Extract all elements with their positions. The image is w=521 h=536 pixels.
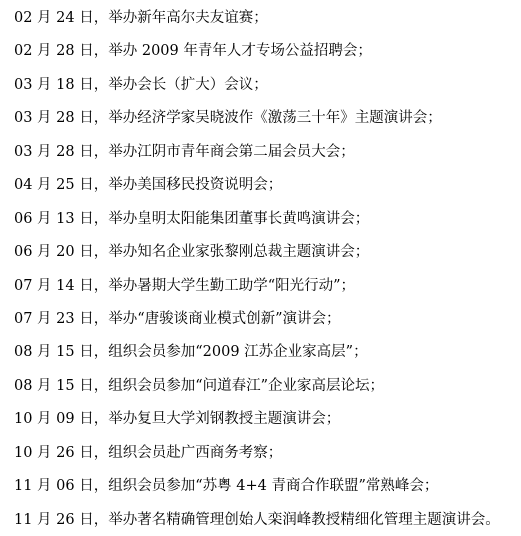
event-line-2: 02 月 28 日，举办 2009 年青年人才专场公益招聘会；: [14, 42, 515, 75]
event-line-9: 07 月 14 日，举办暑期大学生勤工助学“阳光行动”；: [14, 277, 515, 310]
event-line-8: 06 月 20 日，举办知名企业家张黎刚总裁主题演讲会；: [14, 243, 515, 276]
event-line-11: 08 月 15 日，组织会员参加“2009 江苏企业家高层”；: [14, 343, 515, 376]
event-line-15: 11 月 06 日，组织会员参加“苏粤 4+4 青商合作联盟”常熟峰会；: [14, 477, 515, 510]
event-line-10: 07 月 23 日，举办“唐骏谈商业模式创新”演讲会；: [14, 310, 515, 343]
event-line-16: 11 月 26 日，举办著名精确管理创始人栾润峰教授精细化管理主题演讲会。: [14, 511, 515, 536]
event-line-13: 10 月 09 日，举办复旦大学刘钢教授主题演讲会；: [14, 410, 515, 443]
event-line-6: 04 月 25 日，举办美国移民投资说明会；: [14, 176, 515, 209]
event-line-4: 03 月 28 日，举办经济学家吴晓波作《激荡三十年》主题演讲会；: [14, 109, 515, 142]
event-line-1: 02 月 24 日，举办新年高尔夫友谊赛；: [14, 9, 515, 42]
event-line-14: 10 月 26 日，组织会员赴广西商务考察；: [14, 444, 515, 477]
event-line-12: 08 月 15 日，组织会员参加“问道春江”企业家高层论坛；: [14, 377, 515, 410]
event-line-5: 03 月 28 日，举办江阴市青年商会第二届会员大会；: [14, 143, 515, 176]
event-line-3: 03 月 18 日，举办会长（扩大）会议；: [14, 76, 515, 109]
event-line-7: 06 月 13 日，举办皇明太阳能集团董事长黄鸣演讲会；: [14, 210, 515, 243]
document-body: 02 月 24 日，举办新年高尔夫友谊赛； 02 月 28 日，举办 2009 …: [0, 0, 521, 536]
